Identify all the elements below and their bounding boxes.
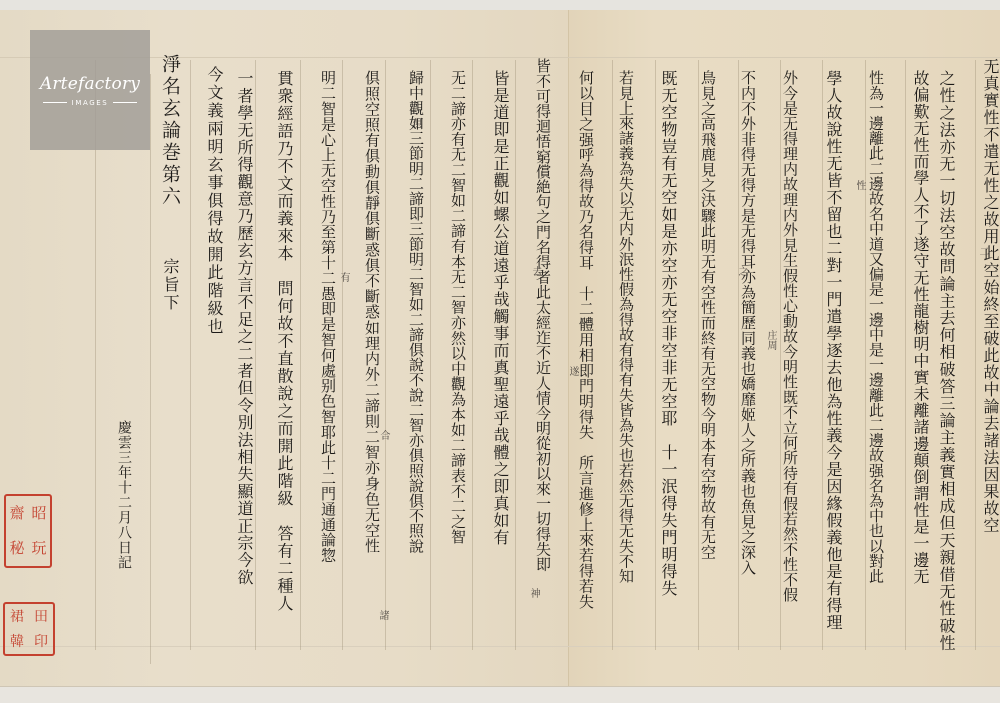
marginal-annotation: 去 — [528, 266, 543, 276]
colophon-date: 慶雲三年十二月八日記 — [117, 420, 131, 570]
marginal-annotation: 庄周 — [763, 330, 778, 350]
text-column: 无二諦亦有无二智如二諦有本无二智亦然以中觀為本如二諦表不二之智 — [450, 70, 465, 544]
seal-character: 齋 — [9, 506, 24, 521]
marginal-annotation: 有 — [336, 272, 351, 282]
marginal-annotation: 本 — [492, 360, 507, 370]
watermark-badge: Artefactory IMAGES — [30, 30, 150, 150]
column-rule — [975, 60, 976, 650]
marginal-annotation: 性 — [852, 180, 867, 190]
marginal-annotation: 之 — [734, 266, 749, 276]
text-column: 學人故說性无皆不留也二對一門遣學逐去他為性義今是因緣假義他是有得理 — [825, 70, 841, 631]
text-column: 貫衆經語乃不文而義來本 問何故不直散說之而開此階級 答有二種人 — [276, 70, 292, 613]
seal-character: 韓 — [10, 635, 24, 649]
marginal-annotation: 諸 — [375, 610, 390, 620]
marginal-annotation: 神 — [526, 588, 541, 598]
text-column: 既无空物豈有无空如是亦空亦无空非空非无空耶 十一泯得失門明得失 — [660, 70, 676, 597]
text-column: 无真實性不遣无性之故用此空始終至破此故中論去諸法因果故空 — [982, 58, 998, 534]
column-rule — [822, 60, 823, 650]
text-column: 歸中觀如三節明二諦即三節明二智如二諦俱說不說二智亦俱照說俱不照說 — [408, 70, 423, 553]
column-rule — [342, 60, 343, 650]
text-column: 今文義兩明玄事俱得故開此階級也 — [206, 66, 222, 336]
marginal-annotation: 俱 — [408, 118, 423, 128]
text-column: 鳥見之高飛鹿見之決驟此明无有空性而終有无空物今明本有空物故有无空 — [700, 70, 715, 560]
text-column: 一者學无所得觀意乃歷玄方言不足之二者但令別法相失顯道正宗今欲 — [236, 70, 252, 586]
column-rule — [300, 60, 301, 650]
seal-character: 昭 — [31, 506, 46, 521]
upper-margin-line — [0, 10, 1000, 58]
text-column: 不内不外非得无得方是无得耳亦為簡歷同義也嬌靡姬人之所義也魚見之深入 — [740, 70, 755, 575]
seal-character: 裙 — [10, 610, 24, 624]
text-column: 何以目之强呼為得故乃名得耳 十二體用相即門明得失 所言進修上來若得若失 — [578, 70, 593, 609]
column-rule — [472, 60, 473, 650]
column-rule — [655, 60, 656, 650]
text-column: 若見上來諸義為失以无内外泯性假為得故有得有失皆為失也若然无得无失不知 — [618, 70, 633, 583]
watermark-title: Artefactory — [40, 74, 140, 94]
collector-seal-lower: 裙 田 韓 印 — [3, 602, 55, 656]
text-column: 皆不可得迴悟窮償絶句之門名得者此太經迮不近人情今明從初以來一切得失即 — [535, 58, 550, 571]
column-rule — [385, 60, 386, 650]
seal-character: 玩 — [31, 541, 46, 556]
manuscript-scroll: 淨名玄論巻第六 宗旨下 慶雲三年十二月八日記 无真實性不遣无性之故用此空始終至破… — [0, 10, 1000, 687]
collector-seal-upper: 齋 昭 秘 玩 — [4, 494, 52, 568]
column-rule — [430, 60, 431, 650]
text-column: 皆是道即是正觀如螺公道遠乎哉觸事而真聖遠乎哉體之即真如有 — [492, 70, 508, 546]
text-column: 明二智是心上无空性乃至第十二愚即是智何處别色智耶此十二門通通論惣 — [320, 70, 335, 563]
divider-line — [113, 102, 137, 103]
text-column: 俱照空照有俱動俱靜俱斷惑俱不斷惑如理内外二諦則二智亦身色无空性 — [364, 70, 379, 554]
text-column: 外今是无得理内故理内外見生假性心動故今明性既不立何所待有假若然不性不假 — [782, 70, 797, 602]
column-rule — [190, 60, 191, 650]
watermark-subtitle: IMAGES — [72, 99, 109, 107]
marginal-annotation: 二 — [975, 246, 990, 256]
column-rule — [612, 60, 613, 650]
scroll-title: 淨名玄論巻第六 — [160, 54, 179, 208]
column-rule — [905, 60, 906, 650]
text-column: 故偏歎无性而學人不了遂守无性龍樹明中實未離諸邊顛倒謂性是一邊无 — [912, 70, 928, 585]
section-subtitle: 宗旨下 — [162, 258, 178, 312]
text-column: 之性之法亦无一切法空故問論主去何相破答三論主義實相成但天親借无性破性 — [938, 70, 954, 651]
watermark-subtitle-row: IMAGES — [43, 99, 138, 107]
column-rule — [515, 60, 516, 650]
marginal-annotation: 遂 — [565, 366, 580, 376]
column-rule — [865, 60, 866, 650]
divider-line — [43, 102, 67, 103]
column-rule — [255, 60, 256, 650]
scan-canvas: 淨名玄論巻第六 宗旨下 慶雲三年十二月八日記 无真實性不遣无性之故用此空始終至破… — [0, 0, 1000, 703]
column-rule — [150, 74, 151, 664]
seal-character: 印 — [34, 635, 48, 649]
marginal-annotation: 合 — [376, 430, 391, 440]
text-column: 性為一邊離此二邊故名中道又偏是一邊中是一邊離此二邊故强名為中也以對此 — [868, 70, 883, 583]
seal-character: 田 — [34, 610, 48, 624]
seal-character: 秘 — [9, 541, 24, 556]
